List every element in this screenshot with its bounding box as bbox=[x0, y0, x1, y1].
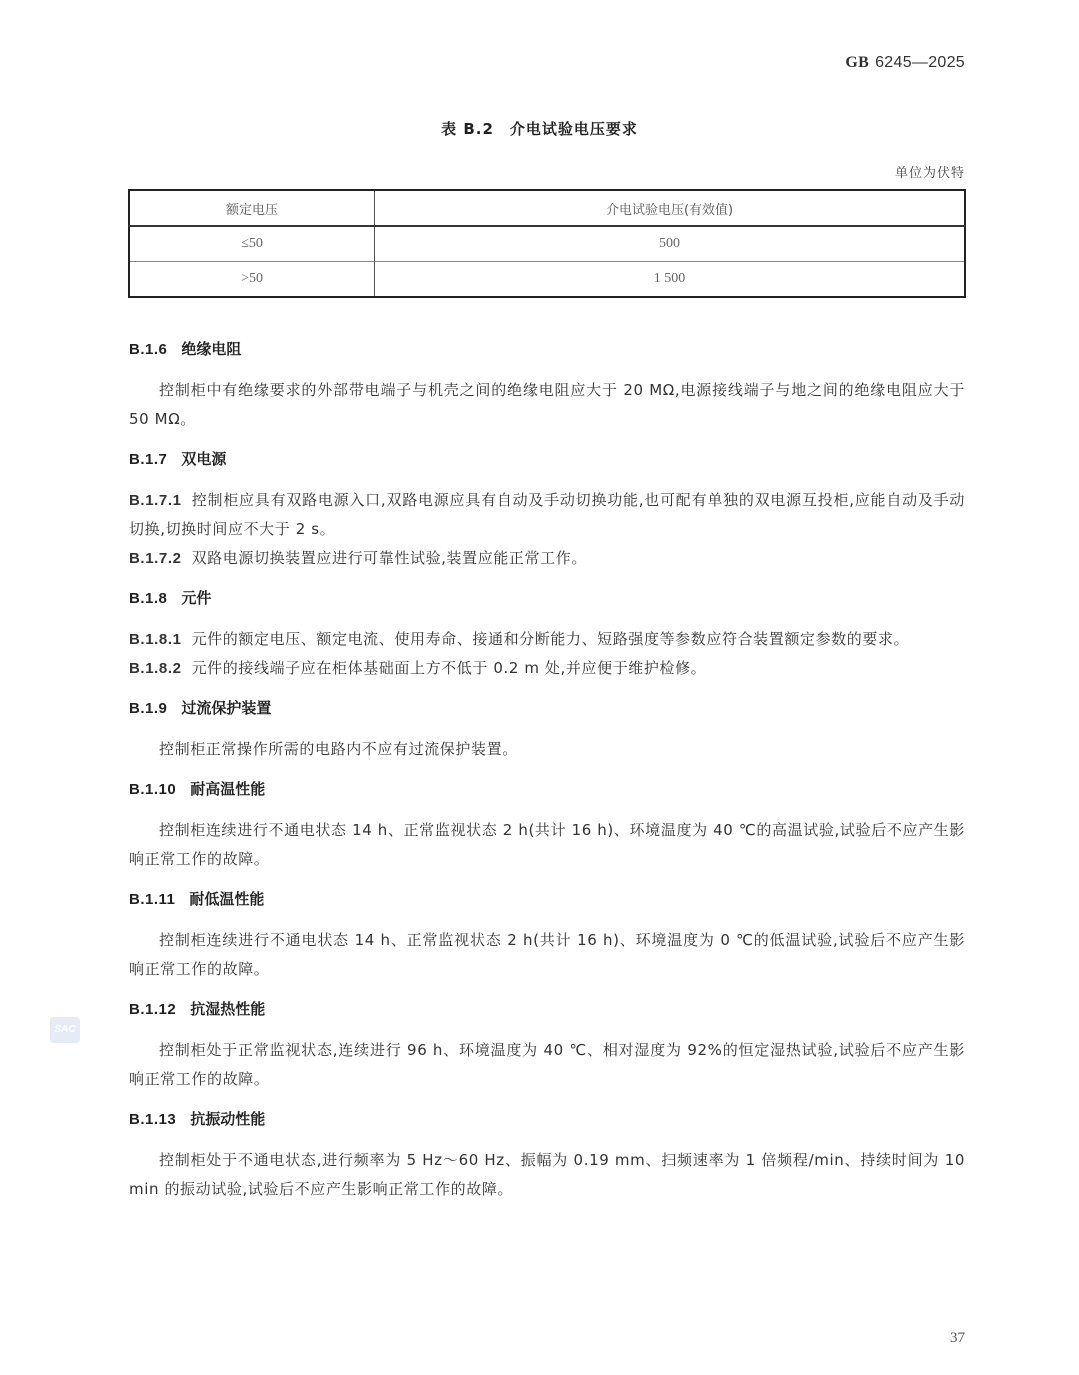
column-header-test-voltage: 介电试验电压(有效值) bbox=[375, 190, 965, 226]
page-number: 37 bbox=[950, 1330, 965, 1347]
table-cell: >50 bbox=[129, 262, 375, 298]
section-number: B.1.8 bbox=[129, 590, 167, 607]
paragraph: 控制柜连续进行不通电状态 14 h、正常监视状态 2 h(共计 16 h)、环境… bbox=[129, 816, 965, 874]
section-heading: B.1.13抗振动性能 bbox=[129, 1106, 965, 1132]
table-row: >50 1 500 bbox=[129, 262, 965, 298]
unit-note: 单位为伏特 bbox=[895, 162, 965, 181]
table-row: ≤50 500 bbox=[129, 226, 965, 262]
section-heading: B.1.9过流保护装置 bbox=[129, 695, 965, 721]
section-number: B.1.11 bbox=[129, 891, 175, 908]
section-title: 过流保护装置 bbox=[181, 699, 271, 717]
column-header-rated-voltage: 额定电压 bbox=[129, 190, 375, 226]
section-heading: B.1.8元件 bbox=[129, 585, 965, 611]
subclause-text: 双路电源切换装置应进行可靠性试验,装置应能正常工作。 bbox=[192, 549, 587, 567]
paragraph: 控制柜正常操作所需的电路内不应有过流保护装置。 bbox=[129, 735, 965, 764]
section-number: B.1.13 bbox=[129, 1111, 176, 1128]
subclause-number: B.1.7.1 bbox=[129, 492, 182, 509]
section-heading: B.1.10耐高温性能 bbox=[129, 776, 965, 802]
section-heading: B.1.6绝缘电阻 bbox=[129, 336, 965, 362]
subclause: B.1.8.2元件的接线端子应在柜体基础面上方不低于 0.2 m 处,并应便于维… bbox=[129, 654, 965, 683]
subclause: B.1.7.2双路电源切换装置应进行可靠性试验,装置应能正常工作。 bbox=[129, 544, 965, 573]
section-title: 抗湿热性能 bbox=[190, 1000, 265, 1018]
table-header-row: 额定电压 介电试验电压(有效值) bbox=[129, 190, 965, 226]
subclause-number: B.1.7.2 bbox=[129, 550, 182, 567]
standard-number: 6245—2025 bbox=[875, 54, 965, 71]
section-number: B.1.9 bbox=[129, 700, 167, 717]
subclause: B.1.7.1控制柜应具有双路电源入口,双路电源应具有自动及手动切换功能,也可配… bbox=[129, 486, 965, 544]
standard-prefix: GB bbox=[845, 54, 869, 71]
section-heading: B.1.7双电源 bbox=[129, 446, 965, 472]
table-title: 表 B.2 介电试验电压要求 bbox=[0, 118, 1079, 139]
paragraph: 控制柜处于不通电状态,进行频率为 5 Hz～60 Hz、振幅为 0.19 mm、… bbox=[129, 1146, 965, 1204]
subclause-text: 元件的额定电压、额定电流、使用寿命、接通和分断能力、短路强度等参数应符合装置额定… bbox=[192, 630, 910, 648]
subclause-text: 元件的接线端子应在柜体基础面上方不低于 0.2 m 处,并应便于维护检修。 bbox=[192, 659, 707, 677]
section-number: B.1.12 bbox=[129, 1001, 176, 1018]
section-number: B.1.6 bbox=[129, 341, 167, 358]
section-number: B.1.7 bbox=[129, 451, 167, 468]
paragraph: 控制柜处于正常监视状态,连续进行 96 h、环境温度为 40 ℃、相对湿度为 9… bbox=[129, 1036, 965, 1094]
section-title: 耐低温性能 bbox=[189, 890, 264, 908]
section-title: 元件 bbox=[181, 589, 211, 607]
section-title: 耐高温性能 bbox=[190, 780, 265, 798]
table-cell: 500 bbox=[375, 226, 965, 262]
section-title: 双电源 bbox=[181, 450, 226, 468]
section-title: 抗振动性能 bbox=[190, 1110, 265, 1128]
section-heading: B.1.11耐低温性能 bbox=[129, 886, 965, 912]
subclause-text: 控制柜应具有双路电源入口,双路电源应具有自动及手动切换功能,也可配有单独的双电源… bbox=[129, 491, 965, 538]
section-number: B.1.10 bbox=[129, 781, 176, 798]
section-heading: B.1.12抗湿热性能 bbox=[129, 996, 965, 1022]
sac-watermark-logo: SAC bbox=[50, 1017, 80, 1043]
section-title: 绝缘电阻 bbox=[181, 340, 241, 358]
table-cell: ≤50 bbox=[129, 226, 375, 262]
subclause: B.1.8.1元件的额定电压、额定电流、使用寿命、接通和分断能力、短路强度等参数… bbox=[129, 625, 965, 654]
paragraph: 控制柜连续进行不通电状态 14 h、正常监视状态 2 h(共计 16 h)、环境… bbox=[129, 926, 965, 984]
document-body: B.1.6绝缘电阻 控制柜中有绝缘要求的外部带电端子与机壳之间的绝缘电阻应大于 … bbox=[129, 336, 965, 1204]
subclause-number: B.1.8.2 bbox=[129, 660, 182, 677]
table-cell: 1 500 bbox=[375, 262, 965, 298]
dielectric-voltage-table: 额定电压 介电试验电压(有效值) ≤50 500 >50 1 500 bbox=[128, 189, 966, 298]
standard-code: GB6245—2025 bbox=[845, 54, 965, 72]
paragraph: 控制柜中有绝缘要求的外部带电端子与机壳之间的绝缘电阻应大于 20 MΩ,电源接线… bbox=[129, 376, 965, 434]
subclause-number: B.1.8.1 bbox=[129, 631, 182, 648]
